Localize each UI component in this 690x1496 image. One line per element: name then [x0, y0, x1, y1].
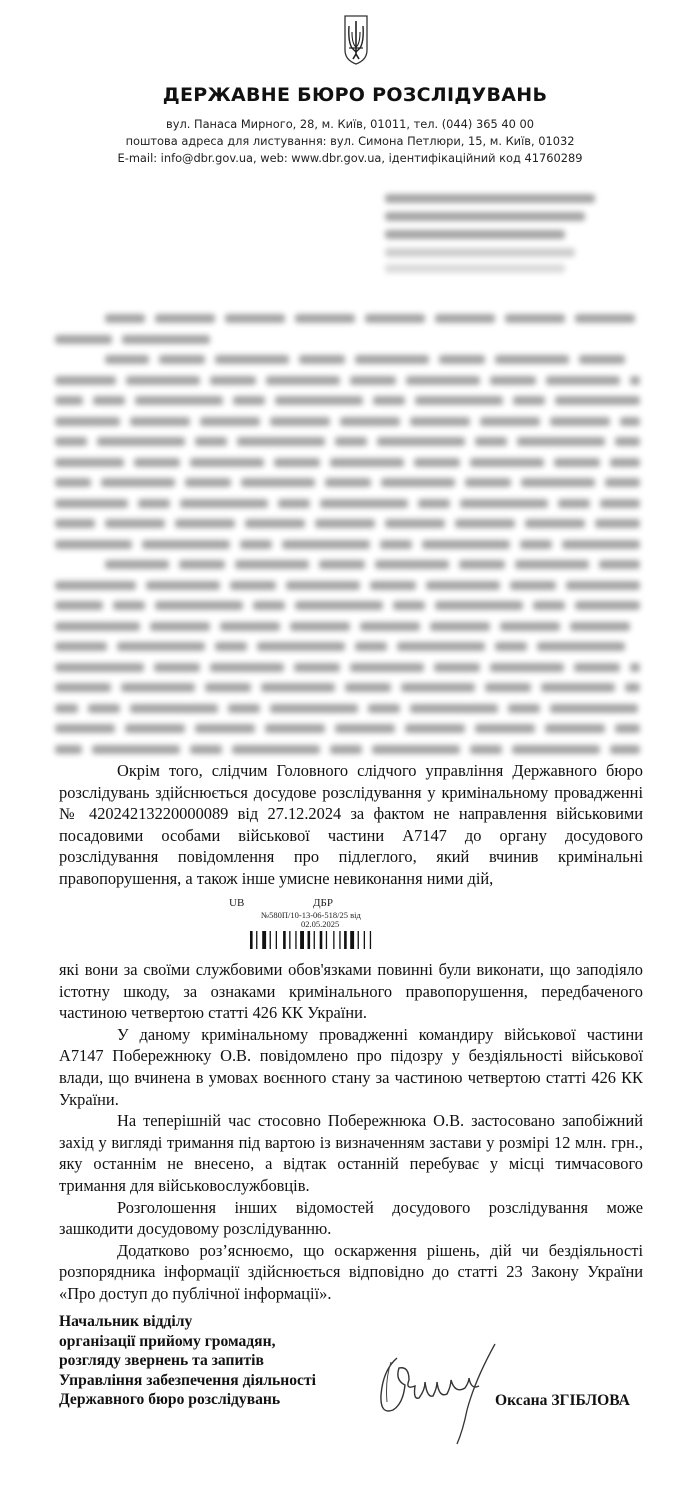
email-web-code-line: E-mail: info@dbr.gov.ua, web: www.dbr.go…: [0, 151, 690, 165]
body-paragraph-2: У даному кримінальному провадженні коман…: [59, 1024, 643, 1110]
stamp-ub: UB: [229, 897, 244, 909]
body-paragraph-1: Окрім того, слідчим Головного слідчого у…: [59, 760, 643, 890]
signer-title-line: Начальник відділу: [59, 1312, 316, 1332]
signer-title-line: Державного бюро розслідувань: [59, 1390, 316, 1410]
signer-title-line: Управління забезпечення діяльності: [59, 1371, 316, 1391]
paragraph-1-continuation: які вони за своїми службовими обов'язкам…: [59, 959, 643, 1024]
signer-title-line: розгляду звернень та запитів: [59, 1351, 316, 1371]
signer-title: Начальник відділу організації прийому гр…: [59, 1312, 316, 1410]
signer-title-line: організації прийому громадян,: [59, 1332, 316, 1352]
barcode-icon: [250, 931, 405, 949]
body-paragraph-3: На теперішній час стосовно Побережнюка О…: [59, 1110, 643, 1196]
body-paragraph-5: Додатково роз’яснюємо, що оскарження ріш…: [59, 1240, 643, 1305]
trident-coat-of-arms-icon: [343, 14, 369, 66]
address-line: вул. Панаса Мирного, 28, м. Київ, 01011,…: [0, 117, 690, 131]
handwritten-signature-icon: [375, 1340, 505, 1450]
stamp-org: ДБР: [313, 897, 333, 909]
body-continuation: які вони за своїми службовими обов'язкам…: [59, 959, 643, 1305]
postal-address-line: поштова адреса для листування: вул. Симо…: [0, 134, 690, 148]
redacted-addressee-block: [385, 190, 605, 280]
stamp-reg-date: 02.05.2025: [301, 919, 339, 929]
letter-page: ДЕРЖАВНЕ БЮРО РОЗСЛІДУВАНЬ вул. Панаса М…: [0, 0, 690, 1496]
body-paragraph-4: Розголошення інших відомостей досудового…: [59, 1197, 643, 1240]
signer-name: Оксана ЗГІБЛОВА: [495, 1392, 630, 1410]
organization-title: ДЕРЖАВНЕ БЮРО РОЗСЛІДУВАНЬ: [0, 84, 690, 106]
paragraph-text: Окрім того, слідчим Головного слідчого у…: [59, 760, 643, 890]
registration-stamp: UB ДБР №580П/10-13-06-518/25 від 02.05.2…: [225, 893, 465, 953]
redacted-body-block: [55, 310, 645, 760]
